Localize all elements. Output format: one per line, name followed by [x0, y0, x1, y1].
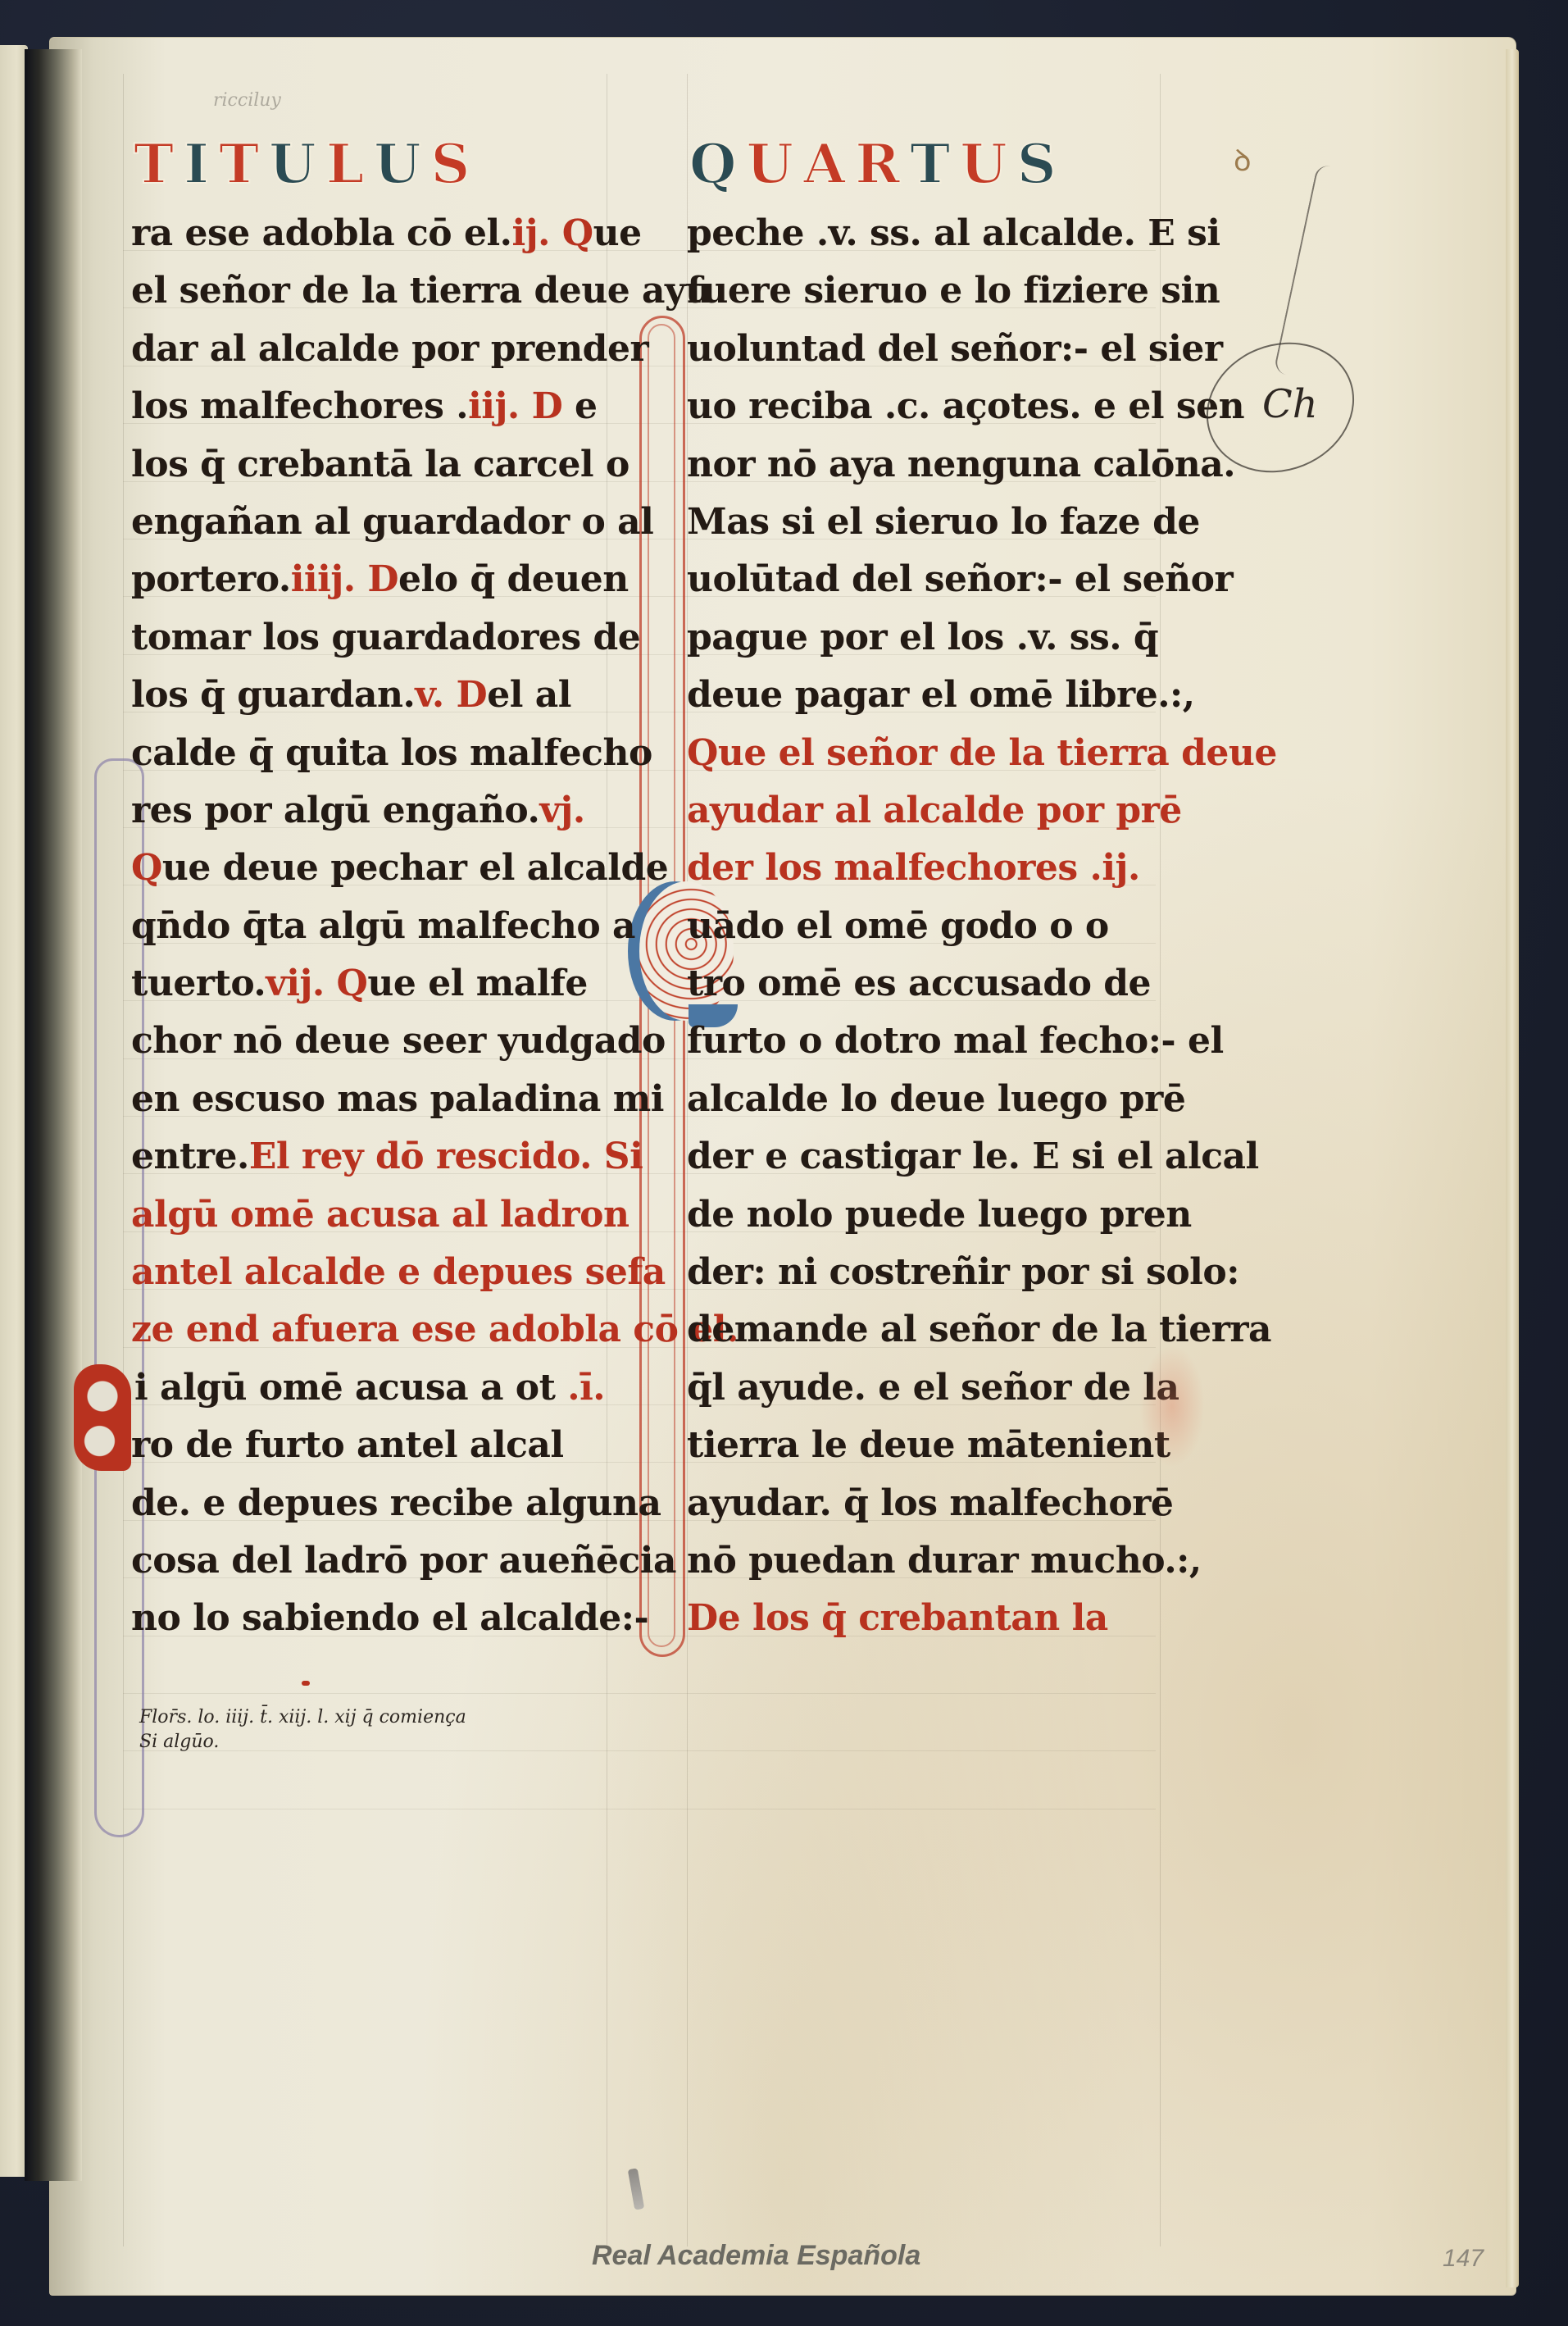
body-text: engañan al guardador o al [131, 501, 653, 543]
body-text: Mas si el sieruo lo faze de [687, 501, 1200, 543]
body-text: uo reciba .c. açotes. e el sen [687, 385, 1244, 427]
heading-quartus: QUARTUS [687, 123, 1179, 205]
body-text: ue deue pechar el alcalde [162, 847, 668, 889]
rubric-text: algū omē acusa al ladron [131, 1194, 629, 1236]
text-line: i algū omē acusa a ot .ī. [74, 1359, 607, 1417]
text-line: los malfechores .iij. D e [131, 378, 607, 435]
body-text: pague por el los .v. ss. q̄ [687, 617, 1158, 658]
body-text: furto o dotro mal fecho:- el [687, 1020, 1224, 1062]
heading-letter: A [801, 123, 852, 205]
text-line: antel alcalde e depues sefa [131, 1244, 607, 1301]
heading-letter: T [216, 123, 266, 205]
rubric-text: antel alcalde e depues sefa [131, 1251, 666, 1293]
heading-letter: L [324, 123, 371, 205]
heading-letter: U [957, 123, 1015, 205]
red-stain [1139, 1345, 1205, 1468]
body-text: der: ni costreñir por si solo: [687, 1251, 1239, 1293]
heading-letter: S [429, 123, 478, 205]
marginal-note-line-2: Si algūo. [139, 1730, 566, 1755]
heading-letter: R [852, 123, 907, 205]
heading-letter: T [131, 123, 181, 205]
text-line: ayudar. q̄ los malfechorē [687, 1475, 1179, 1532]
body-text: de nolo puede luego pren [687, 1194, 1192, 1236]
text-line: demande al señor de la tierra [687, 1301, 1179, 1359]
text-line: de. e depues recibe alguna [131, 1475, 607, 1532]
body-text: ra ese adobla cō el. [131, 212, 512, 254]
body-text: tierra le deue mātenient [687, 1424, 1170, 1466]
text-line: der los malfechores .ij. [687, 840, 1179, 897]
body-text: en escuso mas paladina mi [131, 1078, 664, 1120]
text-line: ayudar al alcalde por prē [687, 782, 1179, 840]
heading-letter: U [371, 123, 429, 205]
body-text: elo q̄ deuen [398, 558, 629, 600]
body-text: entre. [131, 1136, 249, 1177]
rubric-text: El rey dō rescido. Si [249, 1136, 643, 1177]
marginal-note-bottom: Flor̄s. lo. iiij. t̄. xiij. l. xij q̄ co… [139, 1705, 566, 1755]
body-text: uoluntad del señor:- el sier [687, 328, 1223, 370]
rubric-text: Q [687, 732, 718, 774]
text-line: res por algū engaño.vj. [131, 782, 607, 840]
text-line: q̄l ayude. e el señor de la [687, 1359, 1179, 1417]
body-text: peche .v. ss. al alcalde. E si [687, 212, 1220, 254]
body-text: uolūtad del señor:- el señor [687, 558, 1233, 600]
body-text: deue pagar el omē libre.:, [687, 674, 1195, 716]
body-text: el señor de la tierra deue ayu [131, 270, 711, 312]
text-line: alcalde lo deue luego prē [687, 1071, 1179, 1128]
heading-letter: I [181, 123, 216, 205]
body-text: los q̄ guardan. [131, 674, 415, 716]
body-text: ue el malfe [367, 963, 588, 1004]
rubric-text: ayudar al alcalde por prē [687, 790, 1182, 831]
left-text-column: TITULUS ra ese adobla cō el.ij. Queel se… [131, 123, 607, 1648]
text-line: peche .v. ss. al alcalde. E si [687, 205, 1179, 262]
text-line: deue pagar el omē libre.:, [687, 667, 1179, 724]
text-line: los q̄ guardan.v. Del al [131, 667, 607, 724]
rubric-text: ze end afuera ese adobla cō el. [131, 1309, 739, 1350]
text-line: chor nō deue seer yudgado [131, 1013, 607, 1070]
text-line: der: ni costreñir por si solo: [687, 1244, 1179, 1301]
rubric-text: der los malfechores .ij. [687, 847, 1140, 889]
body-text: tro omē es accusado de [687, 963, 1151, 1004]
text-line: uādo el omē godo o o [687, 898, 1179, 955]
body-text: no lo sabiendo el alcalde:- [131, 1597, 648, 1639]
rubric-text: Q [131, 847, 162, 889]
text-line: furto o dotro mal fecho:- el [687, 1013, 1179, 1070]
rubric-text: iij. D [468, 385, 562, 427]
body-text: ro de furto antel alcal [131, 1424, 564, 1466]
ruling-horizontal [123, 1809, 1156, 1809]
book-gutter [25, 49, 82, 2181]
margin-annotation-ch: Ch [1262, 381, 1318, 427]
ruling-horizontal [123, 1693, 1156, 1694]
text-line: engañan al guardador o al [131, 494, 607, 551]
text-line: tomar los guardadores de [131, 609, 607, 667]
body-text: chor nō deue seer yudgado [131, 1020, 666, 1062]
text-line: uoluntad del señor:- el sier [687, 321, 1179, 378]
body-text: el al [487, 674, 571, 716]
text-line: Mas si el sieruo lo faze de [687, 494, 1179, 551]
heading-letter: U [744, 123, 802, 205]
text-line: el señor de la tierra deue ayu [131, 262, 607, 320]
page-fore-edge [1506, 49, 1519, 2287]
body-text: ue [593, 212, 642, 254]
text-line: Que el señor de la tierra deue [687, 725, 1179, 782]
heading-letter: S [1015, 123, 1064, 205]
rubric-dot [302, 1681, 310, 1686]
facing-page-edge [0, 45, 28, 2177]
body-text: qn̄do q̄ta algū malfecho a [131, 905, 635, 947]
text-line: Que deue pechar el alcalde [131, 840, 607, 897]
margin-glyph: ꝺ [1234, 139, 1252, 180]
body-text: tuerto. [131, 963, 266, 1004]
text-line: calde q̄ quita los malfecho [131, 725, 607, 782]
text-line: portero.iiij. Delo q̄ deuen [131, 551, 607, 608]
rubric-text: Q [550, 212, 593, 254]
text-line: ro de furto antel alcal [131, 1417, 607, 1474]
text-line: qn̄do q̄ta algū malfecho a [131, 898, 607, 955]
text-line: uolūtad del señor:- el señor [687, 551, 1179, 608]
body-text: q̄l ayude. e el señor de la [687, 1367, 1179, 1409]
text-line: cosa del ladrō por aueñēcia [131, 1532, 607, 1590]
rubric-text: iiij. D [291, 558, 398, 600]
text-line: tierra le deue mātenient [687, 1417, 1179, 1474]
text-line: nō puedan durar mucho.:, [687, 1532, 1179, 1590]
text-line: tro omē es accusado de [687, 955, 1179, 1013]
rubric-text: vj. [539, 790, 584, 831]
body-text: los malfechores . [131, 385, 468, 427]
text-line: dar al alcalde por prender [131, 321, 607, 378]
body-text: fuere sieruo e lo fiziere sin [687, 270, 1220, 312]
rubric-text: vij. Q [266, 963, 367, 1004]
body-text: de. e depues recibe alguna [131, 1482, 661, 1524]
text-line: der e castigar le. E si el alcal [687, 1128, 1179, 1186]
body-text: tomar los guardadores de [131, 617, 640, 658]
body-text: alcalde lo deue luego prē [687, 1078, 1185, 1120]
folio-number: 147 [1443, 2245, 1484, 2273]
body-text: nō puedan durar mucho.:, [687, 1540, 1202, 1582]
body-text: uādo el omē godo o o [687, 905, 1109, 947]
rubric-text: .ī. [555, 1367, 605, 1409]
body-text: calde q̄ quita los malfecho [131, 732, 652, 774]
marginal-note-line-1: Flor̄s. lo. iiij. t̄. xiij. l. xij q̄ co… [139, 1705, 566, 1730]
heading-letter: U [266, 123, 324, 205]
rubric-text: De los q̄ crebantan la [687, 1597, 1108, 1639]
rubric-text: v. D [415, 674, 487, 716]
body-text: der e castigar le. E si el alcal [687, 1136, 1259, 1177]
text-line: pague por el los .v. ss. q̄ [687, 609, 1179, 667]
heading-letter: Q [687, 123, 744, 205]
text-line: De los q̄ crebantan la [687, 1590, 1179, 1647]
pencil-note-top: ricciluy [213, 90, 281, 111]
text-line: entre.El rey dō rescido. Si [131, 1128, 607, 1186]
text-line: tuerto.vij. Que el malfe [131, 955, 607, 1013]
heading-letter: T [907, 123, 957, 205]
body-text: cosa del ladrō por aueñēcia [131, 1540, 676, 1582]
left-column-lines: ra ese adobla cō el.ij. Queel señor de l… [131, 205, 607, 1648]
text-line: en escuso mas paladina mi [131, 1071, 607, 1128]
illuminated-initial-s [74, 1359, 131, 1458]
body-text: dar al alcalde por prender [131, 328, 648, 370]
body-text: portero. [131, 558, 291, 600]
watermark: Real Academia Española [592, 2240, 920, 2272]
body-text: res por algū engaño. [131, 790, 539, 831]
text-line: nor nō aya nenguna calōna. [687, 436, 1179, 494]
text-line: de nolo puede luego pren [687, 1186, 1179, 1244]
text-line: uo reciba .c. açotes. e el sen [687, 378, 1179, 435]
right-text-column: QUARTUS peche .v. ss. al alcalde. E sifu… [687, 123, 1179, 1648]
body-text: i algū omē acusa a ot [134, 1367, 555, 1409]
rubric-text: ue el señor de la tierra deue [718, 732, 1277, 774]
text-line: ze end afuera ese adobla cō el. [131, 1301, 607, 1359]
body-text: los q̄ crebantā la carcel o [131, 444, 629, 485]
right-column-lines: peche .v. ss. al alcalde. E sifuere sier… [687, 205, 1179, 1648]
text-line: algū omē acusa al ladron [131, 1186, 607, 1244]
text-line: los q̄ crebantā la carcel o [131, 436, 607, 494]
text-line: ra ese adobla cō el.ij. Que [131, 205, 607, 262]
body-text: nor nō aya nenguna calōna. [687, 444, 1235, 485]
heading-titulus: TITULUS [131, 123, 607, 205]
rubric-text: ij. [512, 212, 550, 254]
text-line: fuere sieruo e lo fiziere sin [687, 262, 1179, 320]
body-text: ayudar. q̄ los malfechorē [687, 1482, 1173, 1524]
text-line: no lo sabiendo el alcalde:- [131, 1590, 607, 1647]
body-text: e [562, 385, 597, 427]
